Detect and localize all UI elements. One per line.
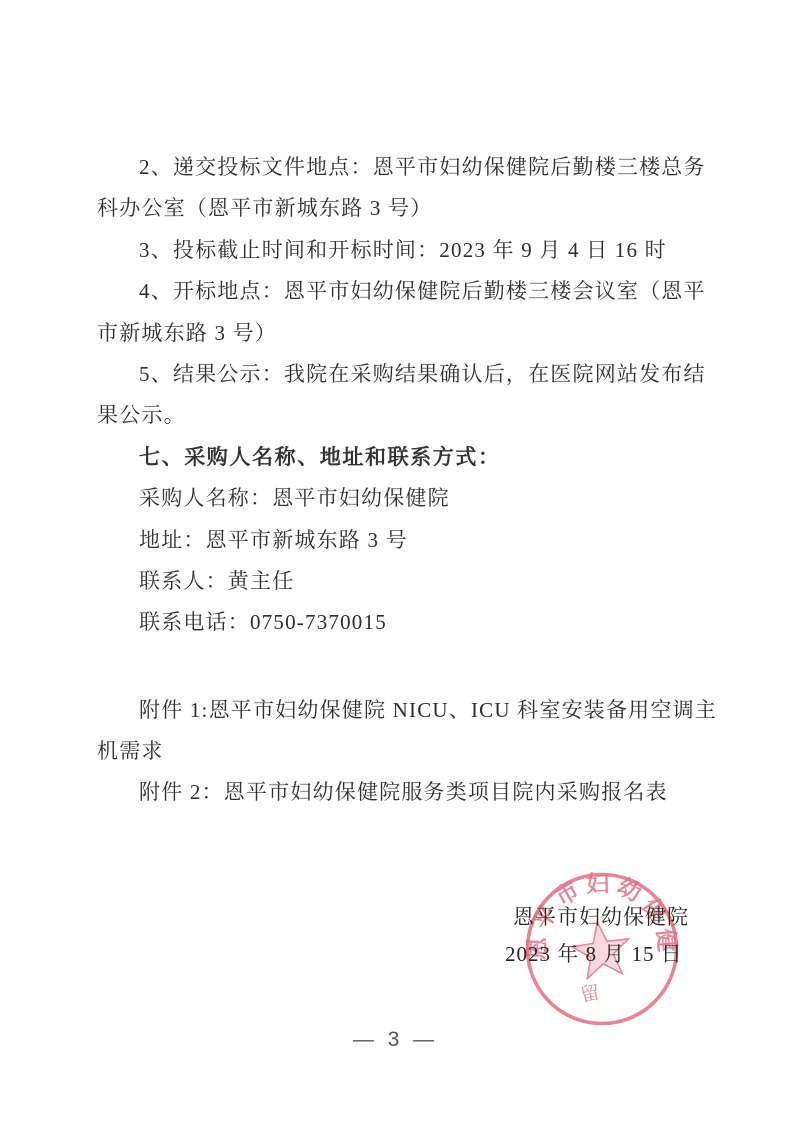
doc-line: 2、递交投标文件地点：恩平市妇幼保健院后勤楼三楼总务 — [97, 147, 701, 188]
doc-line: 科办公室（恩平市新城东路 3 号） — [97, 188, 701, 229]
attachment-1-line: 机需求 — [97, 731, 701, 772]
page-number: — 3 — — [353, 1028, 438, 1051]
doc-line: 5、结果公示：我院在采购结果确认后，在医院网站发布结 — [97, 354, 701, 395]
seal-bottom-text: 留 — [579, 981, 602, 1006]
doc-line-contact-person: 联系人：黄主任 — [97, 561, 701, 602]
document-body: 2、递交投标文件地点：恩平市妇幼保健院后勤楼三楼总务 科办公室（恩平市新城东路 … — [97, 147, 701, 814]
doc-line: 果公示。 — [97, 395, 701, 436]
attachment-2-line: 附件 2：恩平市妇幼保健院服务类项目院内采购报名表 — [97, 772, 701, 813]
signature-block: 恩平市妇幼保健院 2023 年 8 月 15 日 — [505, 899, 689, 973]
doc-line-address: 地址：恩平市新城东路 3 号 — [97, 520, 701, 561]
page-footer: — 3 — — [0, 1028, 791, 1052]
document-page: 2、递交投标文件地点：恩平市妇幼保健院后勤楼三楼总务 科办公室（恩平市新城东路 … — [0, 0, 791, 1122]
doc-line-purchaser-name: 采购人名称：恩平市妇幼保健院 — [97, 478, 701, 519]
section-heading: 七、采购人名称、地址和联系方式： — [97, 437, 701, 478]
doc-line: 4、开标地点：恩平市妇幼保健院后勤楼三楼会议室（恩平 — [97, 271, 701, 312]
doc-line: 3、投标截止时间和开标时间：2023 年 9 月 4 日 16 时 — [97, 230, 701, 271]
signature-date: 2023 年 8 月 15 日 — [505, 936, 689, 973]
doc-line: 市新城东路 3 号） — [97, 313, 701, 354]
doc-line-contact-phone: 联系电话：0750-7370015 — [97, 602, 701, 643]
attachment-1-line: 附件 1:恩平市妇幼保健院 NICU、ICU 科室安装备用空调主 — [97, 690, 701, 731]
paragraph-gap — [97, 644, 701, 690]
signature-org: 恩平市妇幼保健院 — [505, 899, 689, 936]
